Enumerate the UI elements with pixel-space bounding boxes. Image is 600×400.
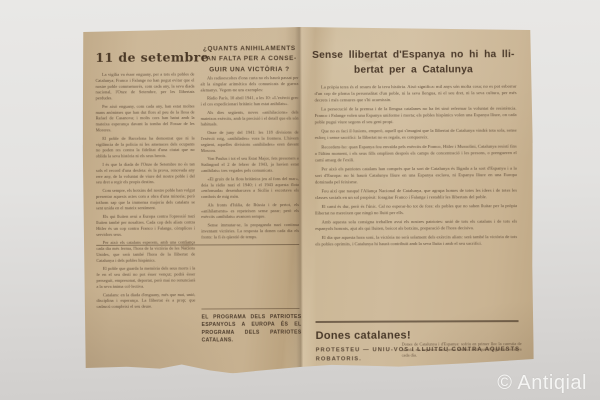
rp-para: La pròpia terra és el resum de la teva h…	[314, 83, 516, 103]
rh-line: Sense llibertat d'Espanya no hi ha lli-	[311, 47, 515, 63]
lp-para: El poble que guarda la memòria dels seus…	[96, 266, 195, 290]
rh-line: bertat per a Catalunya	[311, 62, 515, 78]
lp2-para: Sense immutar-se, la propaganda nazi con…	[201, 222, 299, 240]
left-column-text: La vigília va ésser enguany, per a tots …	[95, 71, 195, 365]
lp2-para: Ràdio París, 10 abril 1941, a les 10: «L…	[201, 95, 299, 107]
dones-heading: Dones catalanes!	[316, 330, 411, 342]
rp-para: El camí és dur, però és l'únic. Cal no e…	[315, 203, 517, 217]
rp-para: La persecució de la premsa i de la lleng…	[315, 105, 517, 125]
lp2-para: Als dies següents, noves «anihilacions» …	[201, 109, 299, 127]
rp-para: Fou així que nasqué l'Aliança Nacional d…	[315, 187, 517, 201]
lp-para: Catalans: en la diada d'enguany, més que…	[96, 292, 195, 310]
lp-para: Els qui lluiten avui a Europa contra l'o…	[96, 214, 195, 238]
lp2-para: Von Paulus i tot el seu Estat Major, fet…	[201, 156, 299, 174]
lp-para: Per això enguany, com cada any, han esta…	[96, 103, 195, 133]
photo-background: 11 de setembre La vigília va ésser engua…	[0, 0, 600, 400]
lp-para: I és que la diada de l'Onze de Setembre …	[96, 161, 195, 185]
lp-para: Per això els catalans esperem, amb una c…	[96, 240, 195, 264]
anihilaments-heading: ¿QUANTS ANIHILAMENTS FAN FALTA PER A CON…	[200, 44, 298, 75]
lp-para: El poble de Barcelona ha demostrat que n…	[96, 135, 195, 159]
program-callout: EL PROGRAMA DELS PATRIOTES ESPANYOLS A E…	[201, 313, 301, 361]
left-article-title: 11 de setembre	[95, 49, 199, 64]
rp-para: Recordem-ho: quan Espanya fou envaïda pe…	[315, 143, 517, 163]
leaflet-paper: 11 de setembre La vigília va ésser engua…	[82, 26, 534, 374]
footer-rule	[316, 320, 519, 323]
rp-para: El dia que aquesta hora soni, la victòri…	[315, 234, 517, 248]
watermark: © Antiqial	[497, 372, 587, 395]
lp2-para: Als radioescoltes d'ona curta no els hau…	[200, 75, 298, 93]
lp-para: La vigília va ésser enguany, per a tots …	[95, 71, 194, 101]
page-left: 11 de setembre La vigília va ésser engua…	[82, 27, 301, 374]
middle-column-text: Als radioescoltes d'ona curta no els hau…	[200, 75, 299, 301]
lp2-para: Onze de juny del 1941: les 118 divisions…	[201, 130, 299, 154]
lp2-para: Als fronts d'Itàlia, de Rússia i de pert…	[201, 202, 299, 220]
right-article-title: Sense llibertat d'Espanya no hi ha lli-b…	[311, 47, 515, 78]
rp-para: Que no es faci il·lusions, emperò, aquel…	[315, 127, 517, 141]
right-page-text: La pròpia terra és el resum de la teva h…	[314, 83, 517, 317]
lp2-para: «El gruix de la flota britànica jeu al f…	[201, 176, 299, 200]
dones-call: PROTESTEU — UNIU-VOS I LLUITEU CONTRA AQ…	[316, 345, 521, 376]
horizontal-rule-short	[201, 308, 299, 309]
page-right: Sense llibertat d'Espanya no hi ha lli-b…	[299, 26, 534, 373]
rp-para: Per això els patriotes catalans han comp…	[315, 165, 517, 185]
lp-para: Com sempre, els botxins del nostre poble…	[96, 188, 195, 212]
rp-para: Amb aquesta sola consigna treballen avui…	[315, 218, 517, 232]
